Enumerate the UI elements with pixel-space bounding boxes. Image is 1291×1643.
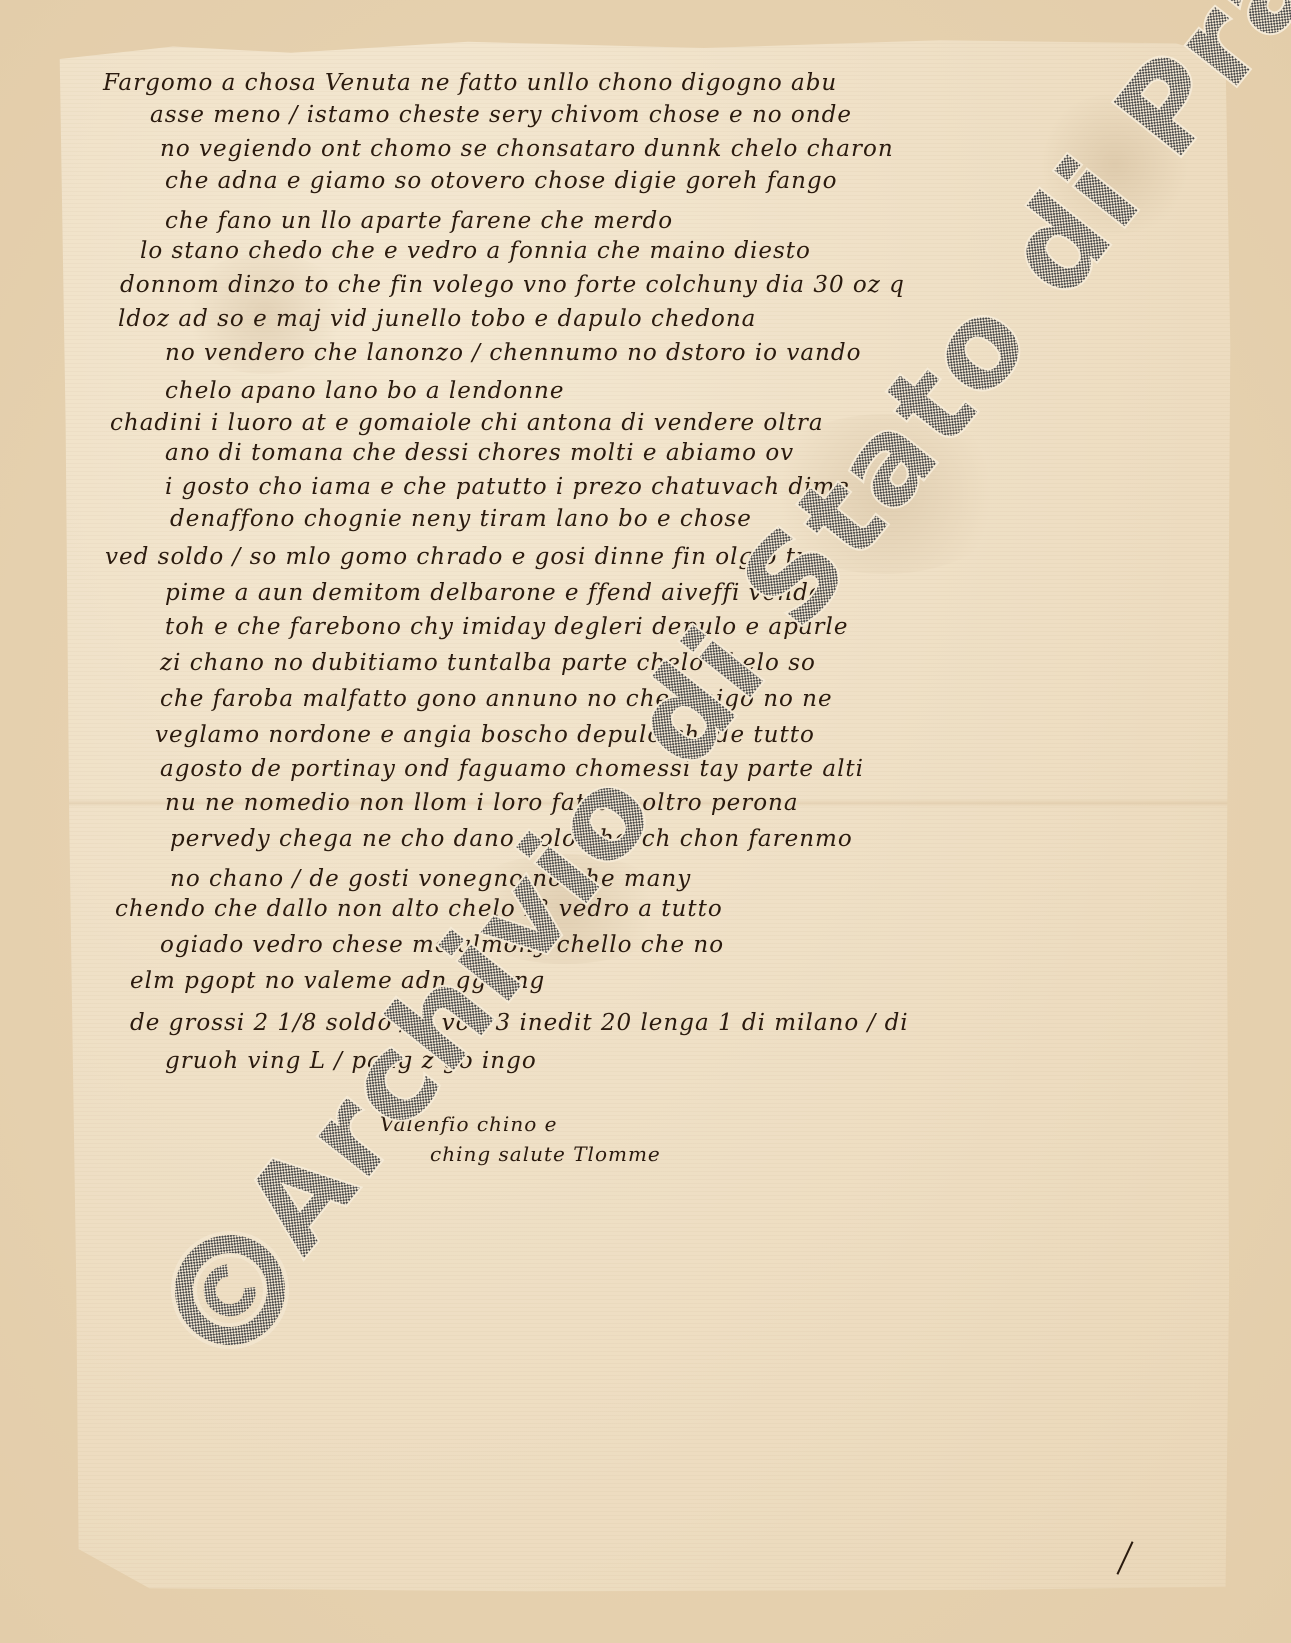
- text-line: zi chano no dubitiamo tuntalba parte che…: [160, 650, 816, 676]
- signature-line: Valenfio chino e: [380, 1112, 557, 1136]
- text-line: ldoz ad so e maj vid junello tobo e dapu…: [118, 306, 756, 332]
- text-line: no vendero che lanonzo / chennumo no dst…: [165, 340, 861, 366]
- letter-text: Fargomo a chosa Venuta ne fatto unllo ch…: [0, 0, 1291, 1643]
- text-line: ogiado vedro chese me almony chello che …: [160, 932, 724, 958]
- text-line: asse meno / istamo cheste sery chivom ch…: [150, 102, 852, 128]
- text-line: donnom dinzo to che fin volego vno forte…: [120, 272, 905, 298]
- text-line: che adna e giamo so otovero chose digie …: [165, 168, 837, 194]
- text-line: toh e che farebono chy imiday degleri de…: [165, 614, 849, 640]
- text-line: pime a aun demitom delbarone e ffend aiv…: [165, 580, 823, 606]
- text-line: ano di tomana che dessi chores molti e a…: [165, 440, 794, 466]
- text-line: no vegiendo ont chomo se chonsataro dunn…: [160, 136, 894, 162]
- text-line: ved soldo / so mlo gomo chrado e gosi di…: [105, 544, 812, 570]
- text-line: chendo che dallo non alto chelo x° vedro…: [115, 896, 723, 922]
- text-line: chadini i luoro at e gomaiole chi antona…: [110, 410, 824, 436]
- folio-mark: [1116, 1541, 1133, 1574]
- text-line: elm pgopt no valeme adn ggarng: [130, 968, 545, 994]
- text-line: veglamo nordone e angia boscho depulo ch…: [155, 722, 815, 748]
- text-line: i gosto cho iama e che patutto i prezo c…: [165, 474, 850, 500]
- text-line: chelo apano lano bo a lendonne: [165, 378, 564, 404]
- text-line: denaffono chognie neny tiram lano bo e c…: [170, 506, 752, 532]
- text-line: Fargomo a chosa Venuta ne fatto unllo ch…: [103, 70, 837, 96]
- text-line: che faroba malfatto gono annuno no che a…: [160, 686, 833, 712]
- text-line: de grossi 2 1/8 soldo / 6 voli 3 inedit …: [130, 1010, 909, 1036]
- text-line: che fano un llo aparte farene che merdo: [165, 208, 673, 234]
- text-line: agosto de portinay ond faguamo chomessi …: [160, 756, 864, 782]
- text-line: lo stano chedo che e vedro a fonnia che …: [140, 238, 811, 264]
- text-line: no chano / de gosti vonegno no che many: [170, 866, 691, 892]
- text-line: gruoh ving L / pang z go ingo: [165, 1048, 537, 1074]
- signature-line: ching salute Tlomme: [430, 1142, 661, 1166]
- text-line: pervedy chega ne cho dano nolo chorch ch…: [170, 826, 853, 852]
- text-line: nu ne nomedio non llom i loro fatto e ol…: [165, 790, 799, 816]
